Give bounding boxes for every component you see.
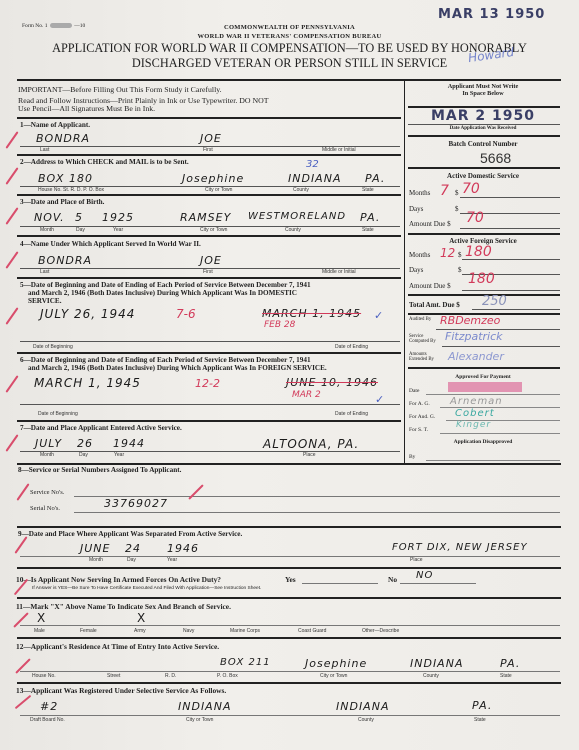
total-amount-value: 250 [482, 294, 507, 309]
male-x-mark: X [37, 611, 46, 625]
service-numbers-label: Service No's. [30, 489, 64, 496]
option-male[interactable]: Male [34, 628, 45, 634]
q10-no-value: NO [416, 570, 433, 581]
foreign-months-value: 12 [440, 246, 455, 260]
q13-board-label: Draft Board No. [30, 717, 65, 723]
q3-rule [17, 235, 401, 237]
total-amount-label: Total Amt. Due $ [409, 301, 460, 309]
q3-county: WESTMORELAND [248, 211, 346, 222]
for-ag-label: For A. G. [409, 401, 430, 407]
q6-begin-date: MARCH 1, 1945 [34, 376, 141, 390]
serial-numbers-label: Serial No's. [30, 505, 60, 512]
domestic-months-line [460, 197, 560, 198]
q13-title: 13—Applicant Was Registered Under Select… [16, 686, 226, 695]
check-mark-icon [5, 167, 18, 185]
q1-first-label: First [203, 147, 213, 153]
office-rule-5 [408, 233, 560, 235]
q13-board: #2 [40, 700, 58, 713]
q13-state-label: State [474, 717, 486, 723]
q12-rd-label: R. D. [165, 673, 176, 679]
office-rule-3 [408, 135, 560, 137]
q11-title: 11—Mark "X" Above Name To Indicate Sex A… [16, 602, 231, 611]
check-mark-icon [5, 375, 18, 393]
q2-city: Josephine [182, 172, 244, 185]
blue-check-icon: ✓ [374, 309, 383, 322]
check-mark-icon [5, 434, 18, 452]
q1-rule [17, 154, 401, 156]
instructions-rule [17, 117, 401, 119]
option-marine-corps[interactable]: Marine Corps [230, 628, 260, 634]
option-female[interactable]: Female [80, 628, 97, 634]
q4-last-name: BONDRA [38, 254, 92, 267]
q4-last-label: Last [40, 269, 49, 275]
q12-city: Josephine [305, 657, 367, 670]
check-mark-icon [5, 251, 18, 269]
q2-street-label: House No. St. R. D. P. O. Box [38, 187, 104, 193]
date-received-stamp: MAR 2 1950 [406, 108, 560, 124]
application-form: Form No. 1 —10 MAR 13 1950 COMMONWEALTH … [0, 0, 579, 750]
q3-month-label: Month [40, 227, 54, 233]
approval-date-line [426, 394, 560, 395]
q5-begin-date: JULY 26, 1944 [40, 307, 135, 321]
q5-title-line2: and March 2, 1946 (Both Dates Inclusive)… [20, 289, 400, 297]
q9-day-label: Day [127, 557, 136, 563]
q9-month: JUNE [80, 542, 110, 555]
approval-date-label: Date [409, 388, 419, 394]
section-rule [17, 463, 561, 465]
domestic-amount-due: 70 [466, 210, 484, 226]
option-other[interactable]: Other—Describe [362, 628, 399, 634]
q6-end-correction: MAR 2 [292, 390, 321, 400]
serial-numbers-line [74, 512, 560, 513]
instructions-line2: Use Pencil—All Signatures Must Be in Ink… [18, 105, 269, 113]
q8-title: 8—Service or Serial Numbers Assigned To … [18, 466, 181, 474]
q3-title: 3—Date and Place of Birth. [20, 198, 104, 206]
q6-end-label: Date of Ending [335, 411, 368, 417]
q7-year: 1944 [113, 437, 145, 450]
q5-title: 5—Date of Beginning and Date of Ending o… [20, 281, 400, 305]
q5-months-note: 7-6 [176, 307, 196, 321]
q6-end-date-struck: JUNE 10, 1946 [286, 376, 378, 389]
for-aud-g-label: For Aud. G. [409, 414, 435, 420]
q13-city: INDIANA [178, 700, 231, 713]
q7-title: 7—Date and Place Applicant Entered Activ… [20, 424, 182, 432]
q4-first-label: First [203, 269, 213, 275]
foreign-days-label: Days [409, 266, 423, 274]
check-mark-icon [14, 536, 27, 554]
q9-year-label: Year [167, 557, 177, 563]
q7-month-label: Month [40, 452, 54, 458]
q4-first-name: JOE [200, 254, 222, 267]
q5-end-label: Date of Ending [335, 344, 368, 350]
service-computed-line [442, 346, 560, 347]
q6-line [20, 404, 400, 405]
audited-by-label: Audited By [409, 317, 435, 322]
q12-county: INDIANA [410, 657, 463, 670]
foreign-months-amount: 180 [465, 244, 492, 260]
q12-state-label: State [500, 673, 512, 679]
office-column-divider [404, 80, 405, 465]
office-heading-line1: Applicant Must Not Write [406, 83, 560, 90]
q6-begin-label: Date of Beginning [38, 411, 78, 417]
q6-title: 6—Date of Beginning and Date of Ending o… [20, 356, 400, 372]
foreign-amount-due: 180 [468, 271, 495, 287]
office-heading-line2: In Space Below [406, 90, 560, 97]
office-use-heading: Applicant Must Not Write In Space Below [406, 83, 560, 97]
q4-rule [17, 277, 401, 279]
q4-middle-label: Middle or Initial [322, 269, 356, 275]
q13-line [20, 715, 560, 716]
approval-date-stamp [448, 382, 522, 392]
army-x-mark: X [137, 611, 146, 625]
q2-city-label: City or Town [205, 187, 232, 193]
for-ag-signature: Arneman [450, 396, 503, 407]
q11-rule [17, 637, 561, 639]
option-navy[interactable]: Navy [183, 628, 194, 634]
q1-last-name: BONDRA [36, 132, 90, 145]
q2-county-label: County [293, 187, 309, 193]
bureau-heading: WORLD WAR II VETERANS' COMPENSATION BURE… [0, 33, 579, 40]
dollar-sign: $ [455, 205, 459, 213]
q1-first-name: JOE [200, 132, 222, 145]
q3-day: 5 [75, 211, 83, 224]
option-army[interactable]: Army [134, 628, 146, 634]
q7-place-label: Place [303, 452, 316, 458]
service-computed-signature: Fitzpatrick [445, 330, 503, 343]
q5-title-line1: 5—Date of Beginning and Date of Ending o… [20, 281, 400, 289]
q5-end-date-struck: MARCH 1, 1945 [262, 307, 361, 320]
q1-last-label: Last [40, 147, 49, 153]
received-stamp: MAR 13 1950 [438, 7, 545, 22]
q9-year: 1946 [167, 542, 199, 555]
q9-title: 9—Date and Place Where Applicant Was Sep… [18, 530, 242, 538]
check-mark-icon [5, 307, 18, 325]
q2-title: 2—Address to Which CHECK and MAIL is to … [20, 158, 189, 166]
q7-year-label: Year [114, 452, 124, 458]
foreign-due-line [462, 290, 560, 291]
q10-no-line [400, 583, 476, 584]
q9-place: FORT DIX, NEW JERSEY [392, 542, 528, 553]
q12-house-label: House No. [32, 673, 56, 679]
q2-county-code: 32 [306, 159, 319, 170]
q7-day: 26 [77, 437, 93, 450]
office-rule-4 [408, 167, 560, 169]
q10-note: If Answer is YES—Be Sure To Have Certifi… [32, 586, 261, 591]
domestic-months-label: Months [409, 189, 430, 197]
q10-rule [17, 597, 561, 599]
q1-title: 1—Name of Applicant. [20, 121, 90, 129]
q9-day: 24 [125, 542, 141, 555]
disapproved-heading: Application Disapproved [406, 439, 560, 445]
dollar-sign: $ [455, 189, 459, 197]
q6-rule [17, 420, 401, 422]
q3-state-label: State [362, 227, 374, 233]
q3-city-label: City or Town [200, 227, 227, 233]
q3-state: PA. [360, 211, 380, 224]
instructions-text: Read and Follow Instructions—Print Plain… [18, 97, 269, 113]
q4-title: 4—Name Under Which Applicant Served In W… [20, 240, 201, 248]
for-aud-g-signature: Cobert [455, 408, 495, 419]
q2-county: INDIANA [288, 172, 341, 185]
q3-county-label: County [285, 227, 301, 233]
for-st-signature: Kinger [456, 420, 491, 430]
q13-state: PA. [472, 699, 492, 712]
q12-line [20, 671, 560, 672]
check-mark-icon [188, 484, 204, 500]
q11-line [20, 625, 560, 626]
option-coast-guard[interactable]: Coast Guard [298, 628, 326, 634]
q12-city-label: City or Town [320, 673, 347, 679]
q3-day-label: Day [76, 227, 85, 233]
domestic-months-value: 7 [440, 183, 449, 199]
batch-label: Batch Control Number [406, 140, 560, 148]
foreign-months-label: Months [409, 251, 430, 259]
batch-number: 5668 [480, 150, 511, 166]
q5-line [20, 341, 400, 342]
q7-month: JULY [35, 437, 62, 450]
q1-middle-label: Middle or Initial [322, 147, 356, 153]
q6-title-line1: 6—Date of Beginning and Date of Ending o… [20, 356, 400, 364]
audited-signature: RBDemzeo [440, 314, 500, 327]
commonwealth-heading: COMMONWEALTH OF PENNSYLVANIA [0, 24, 579, 31]
q12-rule [17, 682, 561, 684]
q12-county-label: County [423, 673, 439, 679]
serial-number-value: 33769027 [104, 497, 168, 510]
q10-yes-label: Yes [285, 575, 296, 584]
q12-street-label: Street [107, 673, 120, 679]
q3-year: 1925 [102, 211, 134, 224]
q12-state: PA. [500, 657, 520, 670]
q5-rule [17, 352, 401, 354]
amounts-extended-signature: Alexander [448, 350, 504, 363]
q9-month-label: Month [89, 557, 103, 563]
disapproved-by-label: By [409, 454, 415, 460]
date-received-label: Date Application Was Received [406, 126, 560, 131]
q10-yes-line [302, 583, 378, 584]
q7-day-label: Day [79, 452, 88, 458]
domestic-due-line [460, 228, 560, 229]
q7-line [20, 451, 400, 452]
q6-months-note: 12-2 [195, 377, 220, 390]
for-st-line [440, 433, 560, 434]
q8-rule [17, 526, 561, 528]
q12-title: 12—Applicant's Residence At Time of Entr… [16, 642, 219, 651]
disapproved-by-line [426, 460, 560, 461]
q12-pobox: BOX 211 [220, 657, 271, 668]
q5-begin-label: Date of Beginning [33, 344, 73, 350]
q3-year-label: Year [113, 227, 123, 233]
important-note: IMPORTANT—Before Filling Out This Form S… [18, 85, 222, 94]
total-line [472, 309, 560, 310]
check-mark-icon [16, 483, 29, 501]
q10-title: 10—Is Applicant Now Serving In Armed For… [16, 575, 221, 584]
domestic-months-amount: 70 [462, 181, 480, 197]
domestic-days-label: Days [409, 205, 423, 213]
q9-place-label: Place [410, 557, 423, 563]
q13-county: INDIANA [336, 700, 389, 713]
office-rule-2 [408, 124, 560, 125]
office-rule-8 [408, 367, 560, 369]
check-mark-icon [5, 131, 18, 149]
domestic-amount-due-label: Amount Due $ [409, 220, 451, 228]
q9-rule [17, 567, 561, 569]
q12-pobox-label: P. O. Box [217, 673, 238, 679]
amounts-extended-label: Amounts Extended By [409, 352, 443, 362]
q10-no-label: No [388, 575, 397, 584]
for-st-label: For S. T. [409, 427, 428, 433]
foreign-months-line [462, 259, 560, 260]
q5-end-correction: FEB 28 [264, 320, 295, 330]
q7-place: ALTOONA, PA. [263, 437, 359, 451]
q2-street: BOX 180 [38, 172, 93, 185]
check-mark-icon [5, 207, 18, 225]
q3-city: RAMSEY [180, 211, 231, 224]
q2-rule [17, 194, 401, 196]
q6-title-line2: and March 2, 1946 (Both Dates Inclusive)… [20, 364, 400, 372]
q13-city-label: City or Town [186, 717, 213, 723]
q2-state-label: State [362, 187, 374, 193]
q13-county-label: County [358, 717, 374, 723]
dollar-sign: $ [458, 266, 462, 274]
header-rule [17, 79, 561, 81]
service-computed-label: Service Computed By [409, 334, 443, 344]
domestic-heading: Active Domestic Service [406, 172, 560, 180]
q3-month: NOV. [34, 211, 65, 224]
check-mark-icon [15, 695, 32, 709]
q2-state: PA. [365, 172, 385, 185]
q5-title-line3: SERVICE. [20, 297, 400, 305]
foreign-amount-due-label: Amount Due $ [409, 282, 451, 290]
approved-heading: Approved For Payment [406, 374, 560, 380]
dollar-sign: $ [458, 251, 462, 259]
